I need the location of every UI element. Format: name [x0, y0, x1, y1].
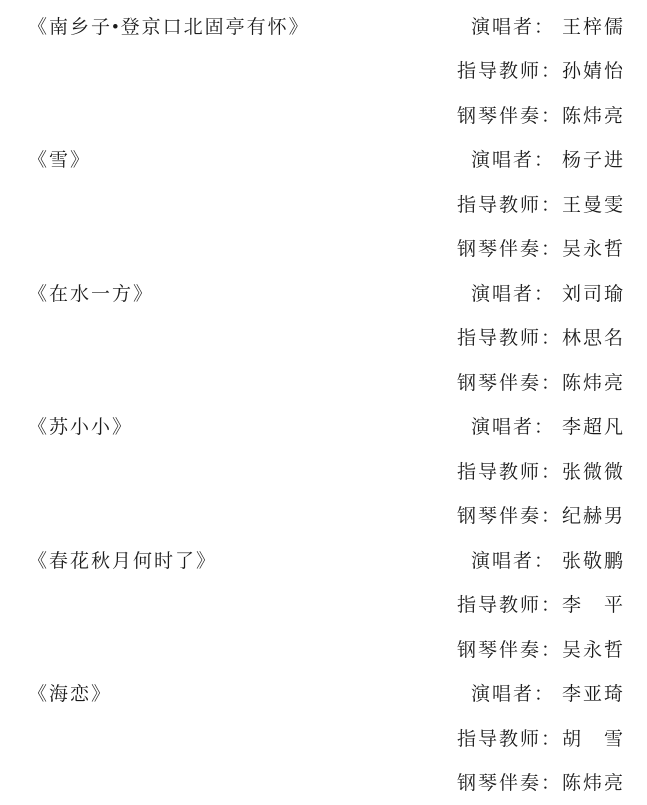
singer-line: 演唱者：李超凡 [471, 412, 625, 439]
teacher-line-row: 指导教师：李 平 [28, 582, 625, 627]
program-entry: 《雪》 演唱者：杨子进 指导教师：王曼雯 钢琴伴奏：吴永哲 [28, 137, 625, 271]
teacher-label: 指导教师 [457, 729, 541, 750]
singer-label: 演唱者 [471, 150, 534, 171]
teacher-name: 林思名 [562, 328, 625, 349]
program-entry: 《在水一方》 演唱者：刘司瑜 指导教师：林思名 钢琴伴奏：陈炜亮 [28, 270, 625, 404]
pianist-line-row: 钢琴伴奏：陈炜亮 [28, 92, 625, 137]
song-title: 《雪》 [28, 145, 91, 172]
pianist-name: 吴永哲 [562, 640, 625, 661]
colon: ： [541, 506, 562, 527]
program-entry: 《苏小小》 演唱者：李超凡 指导教师：张微微 钢琴伴奏：纪赫男 [28, 404, 625, 538]
document-page: 《南乡子•登京口北固亭有怀》 演唱者：王梓儒 指导教师：孙婧怡 钢琴伴奏：陈炜亮… [0, 0, 647, 805]
pianist-label: 钢琴伴奏 [457, 373, 541, 394]
colon: ： [541, 195, 562, 216]
colon: ： [541, 640, 562, 661]
entry-title-line: 《在水一方》 演唱者：刘司瑜 [28, 270, 625, 315]
teacher-label: 指导教师 [457, 195, 541, 216]
singer-label: 演唱者 [471, 284, 534, 305]
song-title: 《南乡子•登京口北固亭有怀》 [28, 12, 310, 39]
pianist-line: 钢琴伴奏：吴永哲 [457, 635, 625, 662]
singer-name: 李亚琦 [562, 684, 625, 705]
entry-title-line: 《春花秋月何时了》 演唱者：张敬鹏 [28, 537, 625, 582]
teacher-line-row: 指导教师：林思名 [28, 315, 625, 360]
singer-line: 演唱者：杨子进 [471, 145, 625, 172]
singer-label: 演唱者 [471, 17, 534, 38]
singer-label: 演唱者 [471, 551, 534, 572]
pianist-line-row: 钢琴伴奏：陈炜亮 [28, 760, 625, 805]
colon: ： [534, 551, 555, 572]
teacher-line: 指导教师：王曼雯 [457, 190, 625, 217]
pianist-line-row: 钢琴伴奏：纪赫男 [28, 493, 625, 538]
colon: ： [541, 462, 562, 483]
teacher-line: 指导教师：林思名 [457, 323, 625, 350]
song-title: 《海恋》 [28, 679, 112, 706]
song-title: 《在水一方》 [28, 279, 154, 306]
teacher-name: 张微微 [562, 462, 625, 483]
teacher-line: 指导教师：李 平 [457, 590, 625, 617]
teacher-name: 孙婧怡 [562, 61, 625, 82]
colon: ： [534, 150, 555, 171]
pianist-label: 钢琴伴奏 [457, 773, 541, 794]
pianist-line: 钢琴伴奏：陈炜亮 [457, 101, 625, 128]
pianist-name: 纪赫男 [562, 506, 625, 527]
pianist-name: 陈炜亮 [562, 373, 625, 394]
colon: ： [541, 729, 562, 750]
pianist-label: 钢琴伴奏 [457, 640, 541, 661]
pianist-name: 陈炜亮 [562, 106, 625, 127]
pianist-label: 钢琴伴奏 [457, 506, 541, 527]
pianist-line: 钢琴伴奏：陈炜亮 [457, 768, 625, 795]
colon: ： [534, 284, 555, 305]
colon: ： [541, 373, 562, 394]
singer-name: 杨子进 [562, 150, 625, 171]
pianist-line: 钢琴伴奏：纪赫男 [457, 501, 625, 528]
entry-title-line: 《海恋》 演唱者：李亚琦 [28, 671, 625, 716]
singer-name: 王梓儒 [562, 17, 625, 38]
pianist-line-row: 钢琴伴奏：陈炜亮 [28, 359, 625, 404]
entry-title-line: 《苏小小》 演唱者：李超凡 [28, 404, 625, 449]
program-entry: 《南乡子•登京口北固亭有怀》 演唱者：王梓儒 指导教师：孙婧怡 钢琴伴奏：陈炜亮 [28, 3, 625, 137]
singer-label: 演唱者 [471, 684, 534, 705]
colon: ： [541, 595, 562, 616]
pianist-line-row: 钢琴伴奏：吴永哲 [28, 626, 625, 671]
teacher-name: 胡 雪 [562, 729, 625, 750]
pianist-name: 陈炜亮 [562, 773, 625, 794]
teacher-label: 指导教师 [457, 462, 541, 483]
entry-title-line: 《南乡子•登京口北固亭有怀》 演唱者：王梓儒 [28, 3, 625, 48]
teacher-name: 李 平 [562, 595, 625, 616]
entry-title-line: 《雪》 演唱者：杨子进 [28, 137, 625, 182]
teacher-line-row: 指导教师：王曼雯 [28, 181, 625, 226]
singer-name: 张敬鹏 [562, 551, 625, 572]
teacher-line-row: 指导教师：胡 雪 [28, 715, 625, 760]
teacher-line: 指导教师：张微微 [457, 457, 625, 484]
teacher-label: 指导教师 [457, 328, 541, 349]
teacher-line-row: 指导教师：张微微 [28, 448, 625, 493]
colon: ： [534, 17, 555, 38]
colon: ： [541, 106, 562, 127]
colon: ： [541, 239, 562, 260]
pianist-line-row: 钢琴伴奏：吴永哲 [28, 226, 625, 271]
teacher-line-row: 指导教师：孙婧怡 [28, 48, 625, 93]
pianist-line: 钢琴伴奏：吴永哲 [457, 234, 625, 261]
pianist-name: 吴永哲 [562, 239, 625, 260]
pianist-label: 钢琴伴奏 [457, 106, 541, 127]
program-entry: 《海恋》 演唱者：李亚琦 指导教师：胡 雪 钢琴伴奏：陈炜亮 [28, 671, 625, 805]
pianist-label: 钢琴伴奏 [457, 239, 541, 260]
song-title: 《苏小小》 [28, 412, 133, 439]
teacher-line: 指导教师：胡 雪 [457, 724, 625, 751]
song-title: 《春花秋月何时了》 [28, 546, 217, 573]
teacher-label: 指导教师 [457, 595, 541, 616]
singer-line: 演唱者：李亚琦 [471, 679, 625, 706]
singer-line: 演唱者：张敬鹏 [471, 546, 625, 573]
program-entry: 《春花秋月何时了》 演唱者：张敬鹏 指导教师：李 平 钢琴伴奏：吴永哲 [28, 537, 625, 671]
colon: ： [534, 417, 555, 438]
pianist-line: 钢琴伴奏：陈炜亮 [457, 368, 625, 395]
singer-name: 刘司瑜 [562, 284, 625, 305]
singer-name: 李超凡 [562, 417, 625, 438]
colon: ： [534, 684, 555, 705]
singer-line: 演唱者：王梓儒 [471, 12, 625, 39]
teacher-name: 王曼雯 [562, 195, 625, 216]
singer-label: 演唱者 [471, 417, 534, 438]
teacher-line: 指导教师：孙婧怡 [457, 56, 625, 83]
teacher-label: 指导教师 [457, 61, 541, 82]
colon: ： [541, 773, 562, 794]
singer-line: 演唱者：刘司瑜 [471, 279, 625, 306]
colon: ： [541, 61, 562, 82]
colon: ： [541, 328, 562, 349]
